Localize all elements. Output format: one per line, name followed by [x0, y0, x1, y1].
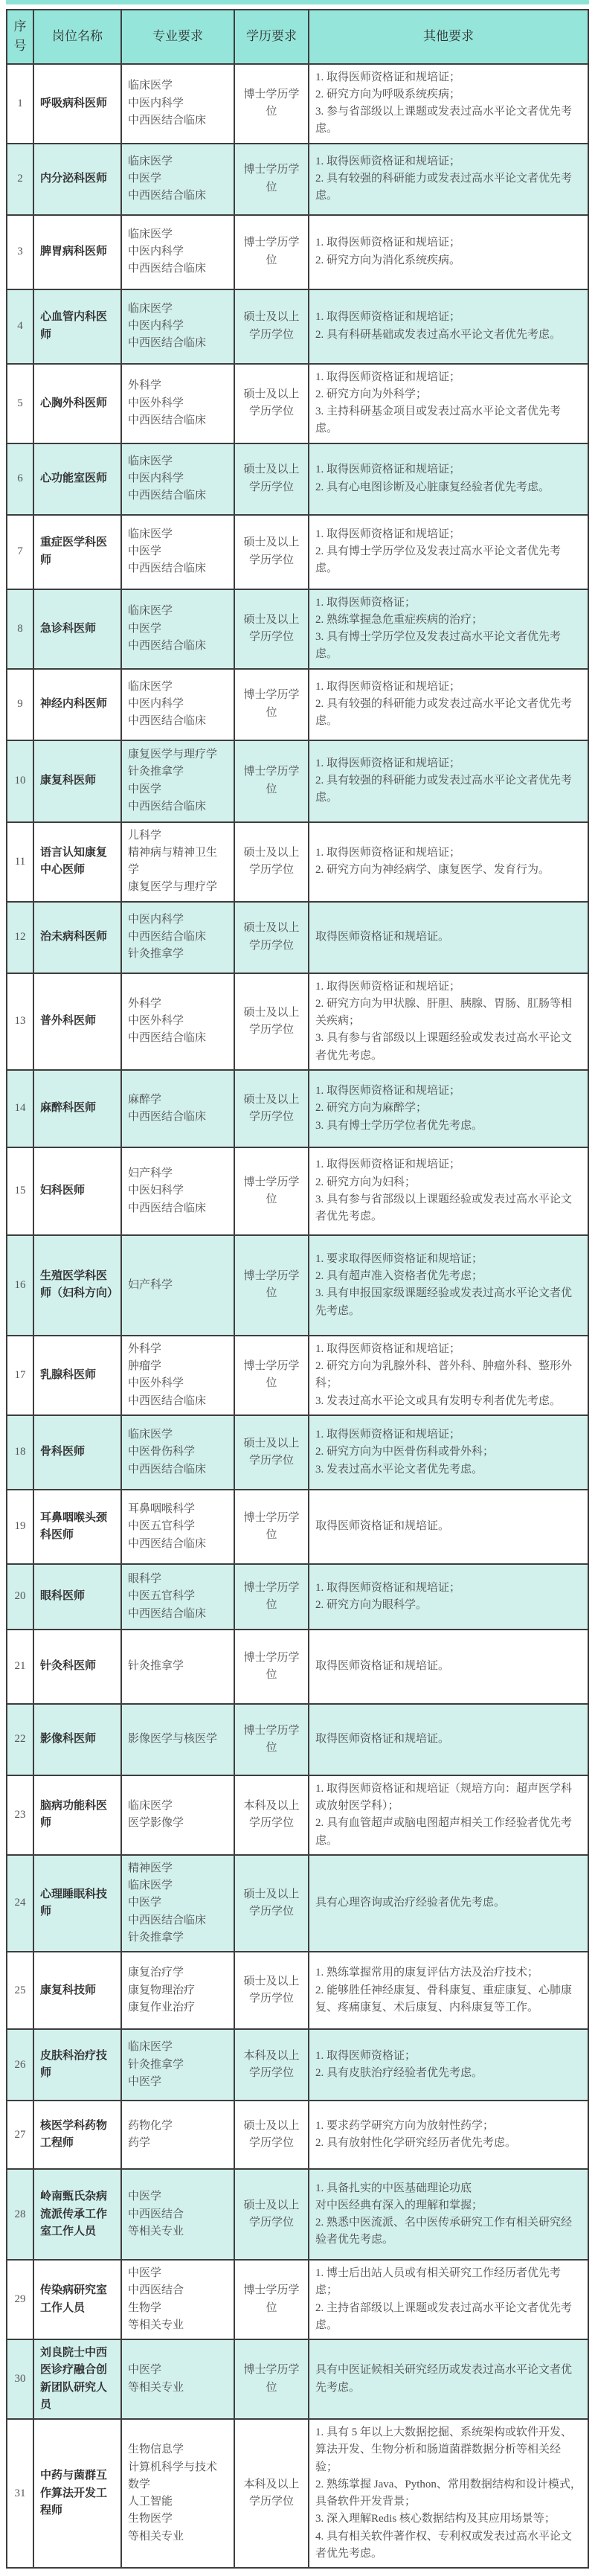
major-line: 中西医结合临床 [128, 112, 228, 129]
other-requirements: 1. 取得医师资格证；2. 熟练掌握急危重症疾病的治疗；3. 具有博士学历学位及… [309, 589, 588, 669]
major-line: 康复医学与理疗学 [128, 879, 228, 896]
requirement-line: 4. 具有相关软件著作权、专利权或发表过高水平论文者优先考虑。 [315, 2528, 582, 2563]
requirement-line: 1. 取得医师资格证和规培证； [315, 755, 582, 772]
other-requirements: 1. 取得医师资格证和规培证；2. 具有较强的科研能力或发表过高水平论文者优先考… [309, 740, 588, 822]
other-requirements: 1. 取得医师资格证和规培证；2. 具有较强的科研能力或发表过高水平论文者优先考… [309, 144, 588, 215]
other-requirements: 1. 具备扎实的中医基础理论功底对中医经典有深入的理解和掌握；2. 熟悉中医流派… [309, 2169, 588, 2260]
requirement-line: 1. 博士后出站人员或有相关研究工作经历者优先考虑； [315, 2265, 582, 2300]
position-name: 针灸科医师 [33, 1630, 121, 1704]
major-line: 中医骨伤科学 [128, 1444, 228, 1461]
major-requirements: 中医内科学中西医结合临床针灸推拿学 [121, 902, 234, 973]
row-number: 7 [7, 515, 33, 589]
major-line: 康复治疗学 [128, 1964, 228, 1981]
major-line: 中西医结合临床 [128, 188, 228, 205]
requirement-line: 1. 具有 5 年以上大数据挖掘、系统架构或软件开发、算法开发、生物分析和肠道菌… [315, 2424, 582, 2476]
position-name: 刘良院士中西医诊疗融合创新团队研究人员 [33, 2339, 121, 2419]
table-row: 8急诊科医师临床医学中医学中西医结合临床硕士及以上学历学位1. 取得医师资格证；… [7, 589, 588, 669]
major-line: 中西医结合 [128, 2206, 228, 2223]
requirement-line: 1. 取得医师资格证和规培证； [315, 1083, 582, 1100]
major-line: 生物学 [128, 2300, 228, 2317]
requirement-line: 2. 具有血管超声或脑电图超声相关工作经验者优先考虑。 [315, 1815, 582, 1850]
major-line: 临床医学 [128, 301, 228, 318]
requirement-line: 1. 具备扎实的中医基础理论功底 [315, 2180, 582, 2197]
row-number: 10 [7, 740, 33, 822]
requirement-line: 1. 要求药学研究方向为放射性药学； [315, 2118, 582, 2135]
requirement-line: 2. 研究方向为呼吸系统疾病； [315, 86, 582, 103]
major-line: 等相关专业 [128, 2528, 228, 2545]
major-line: 中医学 [128, 781, 228, 798]
major-line: 中医内科学 [128, 243, 228, 260]
row-number: 25 [7, 1952, 33, 2029]
table-row: 7重症医学科医师临床医学中医学中西医结合临床硕士及以上学历学位1. 取得医师资格… [7, 515, 588, 589]
requirement-line: 对中医经典有深入的理解和掌握； [315, 2197, 582, 2214]
row-number: 24 [7, 1855, 33, 1952]
requirement-line: 1. 取得医师资格证； [315, 595, 582, 612]
other-requirements: 具有心理咨询或治疗经验者优先考虑。 [309, 1855, 588, 1952]
major-line: 针灸推拿学 [128, 946, 228, 963]
major-requirements: 针灸推拿学 [121, 1630, 234, 1704]
requirement-line: 2. 研究方向为乳腺外科、普外科、肿瘤外科、整形外科； [315, 1358, 582, 1393]
requirement-line: 3. 具有参与省部级以上课题经验或发表过高水平论文者优先考虑。 [315, 1191, 582, 1226]
requirement-line: 2. 具有超声准入资格者优先考虑； [315, 1268, 582, 1285]
major-line: 临床医学 [128, 1798, 228, 1815]
major-line: 中医五官科学 [128, 1518, 228, 1535]
degree-requirement: 硕士及以上学历学位 [234, 515, 309, 589]
major-line: 人工智能 [128, 2493, 228, 2511]
row-number: 17 [7, 1336, 33, 1415]
table-row: 21针灸科医师针灸推拿学博士学历学位取得医师资格证和规培证。 [7, 1630, 588, 1704]
other-requirements: 取得医师资格证和规培证。 [309, 902, 588, 973]
table-row: 17乳腺科医师外科学肿瘤学中医外科学中西医结合临床博士学历学位1. 取得医师资格… [7, 1336, 588, 1415]
major-requirements: 精神医学临床医学中医学中西医结合临床针灸推拿学 [121, 1855, 234, 1952]
major-line: 中医外科学 [128, 1013, 228, 1030]
other-requirements: 1. 取得医师资格证和规培证；2. 具有心电图诊断及心脏康复经验者优先考虑。 [309, 443, 588, 515]
requirement-line: 1. 取得医师资格证； [315, 2048, 582, 2065]
requirement-line: 2. 具有心电图诊断及心脏康复经验者优先考虑。 [315, 479, 582, 496]
requirement-line: 3. 参与省部级以上课题或发表过高水平论文者优先考虑。 [315, 103, 582, 138]
major-line: 中医内科学 [128, 911, 228, 929]
other-requirements: 1. 取得医师资格证和规培证（规培方向：超声医学科或放射医学科）；2. 具有血管… [309, 1775, 588, 1855]
requirement-line: 2. 具有皮肤治疗经验者优先考虑。 [315, 2065, 582, 2082]
major-line: 中西医结合临床 [128, 335, 228, 352]
row-number: 12 [7, 902, 33, 973]
table-row: 25康复科技师康复治疗学康复物理治疗康复作业治疗硕士及以上学历学位1. 熟练掌握… [7, 1952, 588, 2029]
table-row: 6心功能室医师临床医学中医内科学中西医结合临床硕士及以上学历学位1. 取得医师资… [7, 443, 588, 515]
table-row: 4心血管内科医师临床医学中医内科学中西医结合临床硕士及以上学历学位1. 取得医师… [7, 289, 588, 364]
other-requirements: 1. 取得医师资格证；2. 具有皮肤治疗经验者优先考虑。 [309, 2029, 588, 2101]
table-row: 5心胸外科医师外科学中医外科学中西医结合临床硕士及以上学历学位1. 取得医师资格… [7, 364, 588, 443]
requirement-line: 2. 研究方向为妇科； [315, 1174, 582, 1191]
major-requirements: 中医学等相关专业 [121, 2339, 234, 2419]
position-name: 康复科医师 [33, 740, 121, 822]
row-number: 16 [7, 1235, 33, 1336]
major-line: 中西医结合临床 [128, 412, 228, 429]
requirement-line: 1. 取得医师资格证和规培证； [315, 845, 582, 862]
table-row: 9神经内科医师临床医学中医内科学中西医结合临床博士学历学位1. 取得医师资格证和… [7, 669, 588, 740]
table-row: 2内分泌科医师临床医学中医学中西医结合临床博士学历学位1. 取得医师资格证和规培… [7, 144, 588, 215]
major-line: 药物化学 [128, 2118, 228, 2135]
position-name: 心功能室医师 [33, 443, 121, 515]
degree-requirement: 本科及以上学历学位 [234, 2419, 309, 2568]
requirement-line: 3. 具有博士学历学位及发表过高水平论文者优先考虑。 [315, 629, 582, 664]
requirement-line: 1. 取得医师资格证和规培证； [315, 69, 582, 86]
major-requirements: 麻醉学中西医结合临床 [121, 1070, 234, 1147]
position-name: 语言认知康复中心医师 [33, 822, 121, 902]
major-line: 儿科学 [128, 827, 228, 845]
requirement-line: 1. 取得医师资格证和规培证； [315, 153, 582, 170]
major-line: 康复物理治疗 [128, 1982, 228, 1999]
row-number: 14 [7, 1070, 33, 1147]
degree-requirement: 硕士及以上学历学位 [234, 1855, 309, 1952]
page: 序号 岗位名称 专业要求 学历要求 其他要求 1呼吸病科医师临床医学中医内科学中… [0, 0, 595, 2576]
requirement-line: 3. 主持科研基金项目或发表过高水平论文者优先考虑。 [315, 403, 582, 438]
major-requirements: 临床医学中医内科学中西医结合临床 [121, 64, 234, 144]
requirement-line: 2. 研究方向为外科学； [315, 386, 582, 403]
major-requirements: 临床医学针灸推拿学中医学 [121, 2029, 234, 2101]
degree-requirement: 本科及以上学历学位 [234, 2029, 309, 2101]
row-number: 3 [7, 215, 33, 289]
table-row: 3脾胃病科医师临床医学中医内科学中西医结合临床博士学历学位1. 取得医师资格证和… [7, 215, 588, 289]
row-number: 8 [7, 589, 33, 669]
position-name: 脑病功能科医师 [33, 1775, 121, 1855]
degree-requirement: 硕士及以上学历学位 [234, 902, 309, 973]
position-name: 骨科医师 [33, 1415, 121, 1490]
other-requirements: 1. 取得医师资格证和规培证；2. 研究方向为乳腺外科、普外科、肿瘤外科、整形外… [309, 1336, 588, 1415]
major-line: 临床医学 [128, 453, 228, 470]
major-requirements: 生物信息学计算机科学与技术数学人工智能生物医学等相关专业 [121, 2419, 234, 2568]
table-row: 20眼科医师眼科学中医五官科学中西医结合临床博士学历学位1. 取得医师资格证和规… [7, 1564, 588, 1630]
degree-requirement: 硕士及以上学历学位 [234, 1952, 309, 2029]
position-name: 传染病研究室工作人员 [33, 2260, 121, 2339]
table-row: 13普外科医师外科学中医外科学中西医结合临床硕士及以上学历学位1. 取得医师资格… [7, 973, 588, 1070]
major-line: 精神病与精神卫生学 [128, 845, 228, 880]
major-requirements: 外科学中医外科学中西医结合临床 [121, 973, 234, 1070]
requirement-line: 2. 研究方向为麻醉学； [315, 1100, 582, 1117]
degree-requirement: 博士学历学位 [234, 2339, 309, 2419]
requirement-line: 2. 熟练掌握 Java、Python、常用数据结构和设计模式，具备软件开发背景… [315, 2476, 582, 2511]
major-line: 中西医结合临床 [128, 1912, 228, 1929]
major-requirements: 妇产科学中医妇科学中西医结合临床 [121, 1147, 234, 1235]
requirement-line: 3. 发表过高水平论文或具有发明专利者优先考虑。 [315, 1393, 582, 1410]
table-row: 19耳鼻咽喉头颈科医师耳鼻咽喉科学中医五官科学中西医结合临床博士学历学位取得医师… [7, 1490, 588, 1564]
major-line: 康复医学与理疗学 [128, 746, 228, 763]
major-line: 中医妇科学 [128, 1182, 228, 1199]
major-line: 等相关专业 [128, 2317, 228, 2334]
requirement-line: 3. 具有博士学历学位者优先考虑。 [315, 1118, 582, 1135]
other-requirements: 1. 取得医师资格证和规培证；2. 研究方向为眼科学。 [309, 1564, 588, 1630]
table-row: 14麻醉科医师麻醉学中西医结合临床硕士及以上学历学位1. 取得医师资格证和规培证… [7, 1070, 588, 1147]
table-row: 15妇科医师妇产科学中医妇科学中西医结合临床博士学历学位1. 取得医师资格证和规… [7, 1147, 588, 1235]
major-requirements: 临床医学中医学中西医结合临床 [121, 144, 234, 215]
degree-requirement: 博士学历学位 [234, 1336, 309, 1415]
major-requirements: 耳鼻咽喉科学中医五官科学中西医结合临床 [121, 1490, 234, 1564]
major-requirements: 外科学中医外科学中西医结合临床 [121, 364, 234, 443]
degree-requirement: 硕士及以上学历学位 [234, 973, 309, 1070]
table-row: 22影像科医师影像医学与核医学博士学历学位取得医师资格证和规培证。 [7, 1704, 588, 1775]
major-line: 中西医结合临床 [128, 487, 228, 504]
requirement-line: 2. 研究方向为中医骨伤科或骨外科； [315, 1444, 582, 1461]
major-line: 临床医学 [128, 226, 228, 243]
major-requirements: 外科学肿瘤学中医外科学中西医结合临床 [121, 1336, 234, 1415]
other-requirements: 1. 取得医师资格证和规培证；2. 研究方向为甲状腺、肝胆、胰腺、胃肠、肛肠等相… [309, 973, 588, 1070]
requirement-line: 1. 取得医师资格证和规培证； [315, 1341, 582, 1358]
major-line: 外科学 [128, 377, 228, 394]
requirement-line: 2. 研究方向为消化系统疾病。 [315, 252, 582, 269]
major-line: 中西医结合 [128, 2282, 228, 2299]
major-line: 临床医学 [128, 153, 228, 170]
major-line: 针灸推拿学 [128, 763, 228, 781]
degree-requirement: 硕士及以上学历学位 [234, 2101, 309, 2169]
requirement-line: 1. 取得医师资格证和规培证； [315, 1580, 582, 1597]
other-requirements: 1. 取得医师资格证和规培证；2. 具有博士学历学位及发表过高水平论文者优先考虑… [309, 515, 588, 589]
major-requirements: 中医学中西医结合生物学等相关专业 [121, 2260, 234, 2339]
major-line: 中西医结合临床 [128, 798, 228, 816]
major-requirements: 临床医学中医内科学中西医结合临床 [121, 443, 234, 515]
position-name: 普外科医师 [33, 973, 121, 1070]
position-name: 心理睡眠科技师 [33, 1855, 121, 1952]
table-row: 12治未病科医师中医内科学中西医结合临床针灸推拿学硕士及以上学历学位取得医师资格… [7, 902, 588, 973]
other-requirements: 1. 取得医师资格证和规培证；2. 研究方向为呼吸系统疾病；3. 参与省部级以上… [309, 64, 588, 144]
major-line: 医学影像学 [128, 1815, 228, 1832]
other-requirements: 取得医师资格证和规培证。 [309, 1490, 588, 1564]
major-line: 中医学 [128, 2265, 228, 2282]
degree-requirement: 博士学历学位 [234, 1564, 309, 1630]
position-name: 核医学科药物工程师 [33, 2101, 121, 2169]
position-name: 神经内科医师 [33, 669, 121, 740]
row-number: 9 [7, 669, 33, 740]
major-line: 针灸推拿学 [128, 1658, 228, 1675]
other-requirements: 1. 取得医师资格证和规培证；2. 研究方向为外科学；3. 主持科研基金项目或发… [309, 364, 588, 443]
major-requirements: 临床医学中医学中西医结合临床 [121, 515, 234, 589]
major-line: 数学 [128, 2476, 228, 2493]
major-line: 妇产科学 [128, 1165, 228, 1182]
major-line: 中医五官科学 [128, 1588, 228, 1605]
major-requirements: 眼科学中医五官科学中西医结合临床 [121, 1564, 234, 1630]
other-requirements: 取得医师资格证和规培证。 [309, 1704, 588, 1775]
major-line: 耳鼻咽喉科学 [128, 1501, 228, 1518]
requirement-line: 1. 取得医师资格证和规培证； [315, 369, 582, 386]
requirement-line: 取得医师资格证和规培证。 [315, 1731, 582, 1748]
major-line: 中医内科学 [128, 95, 228, 112]
major-line: 中西医结合临床 [128, 1536, 228, 1553]
header-col-majors: 专业要求 [121, 10, 234, 64]
position-name: 妇科医师 [33, 1147, 121, 1235]
degree-requirement: 博士学历学位 [234, 1704, 309, 1775]
major-line: 临床医学 [128, 603, 228, 620]
other-requirements: 1. 取得医师资格证和规培证；2. 研究方向为消化系统疾病。 [309, 215, 588, 289]
major-line: 中医学 [128, 170, 228, 188]
requirement-line: 3. 深入理解Redis 核心数据结构及其应用场景等； [315, 2511, 582, 2528]
position-name: 心血管内科医师 [33, 289, 121, 364]
major-requirements: 临床医学中医内科学中西医结合临床 [121, 669, 234, 740]
position-name: 心胸外科医师 [33, 364, 121, 443]
major-requirements: 临床医学中医内科学中西医结合临床 [121, 215, 234, 289]
position-name: 呼吸病科医师 [33, 64, 121, 144]
requirement-line: 2. 具有科研基础或发表过高水平论文者优先考虑。 [315, 327, 582, 344]
major-requirements: 影像医学与核医学 [121, 1704, 234, 1775]
row-number: 27 [7, 2101, 33, 2169]
major-line: 眼科学 [128, 1571, 228, 1588]
requirement-line: 1. 取得医师资格证和规培证； [315, 309, 582, 326]
other-requirements: 1. 取得医师资格证和规培证；2. 研究方向为神经病学、康复医学、发育行为。 [309, 822, 588, 902]
major-requirements: 临床医学医学影像学 [121, 1775, 234, 1855]
row-number: 22 [7, 1704, 33, 1775]
requirement-line: 2. 具有较强的科研能力或发表过高水平论文者优先考虑。 [315, 170, 582, 205]
degree-requirement: 硕士及以上学历学位 [234, 589, 309, 669]
major-line: 临床医学 [128, 1426, 228, 1444]
requirement-line: 2. 具有较强的科研能力或发表过高水平论文者优先考虑。 [315, 772, 582, 807]
requirement-line: 取得医师资格证和规培证。 [315, 1518, 582, 1535]
table-row: 24心理睡眠科技师精神医学临床医学中医学中西医结合临床针灸推拿学硕士及以上学历学… [7, 1855, 588, 1952]
major-line: 生物信息学 [128, 2441, 228, 2458]
degree-requirement: 博士学历学位 [234, 2260, 309, 2339]
requirement-line: 1. 取得医师资格证和规培证； [315, 461, 582, 478]
other-requirements: 取得医师资格证和规培证。 [309, 1630, 588, 1704]
degree-requirement: 博士学历学位 [234, 1235, 309, 1336]
major-line: 中医内科学 [128, 470, 228, 487]
requirement-line: 2. 研究方向为神经病学、康复医学、发育行为。 [315, 862, 582, 879]
position-name: 重症医学科医师 [33, 515, 121, 589]
major-line: 中医学 [128, 2362, 228, 2379]
header-col-degree: 学历要求 [234, 10, 309, 64]
table-row: 29传染病研究室工作人员中医学中西医结合生物学等相关专业博士学历学位1. 博士后… [7, 2260, 588, 2339]
major-line: 中医学 [128, 1894, 228, 1912]
requirement-line: 1. 取得医师资格证和规培证； [315, 1156, 582, 1173]
position-name: 乳腺科医师 [33, 1336, 121, 1415]
position-name: 中药与菌群互作算法开发工程师 [33, 2419, 121, 2568]
table-row: 10康复科医师康复医学与理疗学针灸推拿学中医学中西医结合临床博士学历学位1. 取… [7, 740, 588, 822]
requirement-line: 2. 熟练掌握急危重症疾病的治疗； [315, 612, 582, 629]
major-requirements: 康复医学与理疗学针灸推拿学中医学中西医结合临床 [121, 740, 234, 822]
degree-requirement: 本科及以上学历学位 [234, 1775, 309, 1855]
position-name: 麻醉科医师 [33, 1070, 121, 1147]
position-name: 脾胃病科医师 [33, 215, 121, 289]
requirement-line: 1. 取得医师资格证和规培证； [315, 978, 582, 996]
table-row: 28岭南甄氏杂病流派传承工作室工作人员中医学中西医结合等相关专业硕士及以上学历学… [7, 2169, 588, 2260]
row-number: 4 [7, 289, 33, 364]
major-line: 针灸推拿学 [128, 1929, 228, 1947]
degree-requirement: 硕士及以上学历学位 [234, 1070, 309, 1147]
major-line: 计算机科学与技术 [128, 2459, 228, 2476]
position-name: 生殖医学科医师（妇科方向） [33, 1235, 121, 1336]
major-line: 中医内科学 [128, 696, 228, 713]
major-requirements: 中医学中西医结合等相关专业 [121, 2169, 234, 2260]
row-number: 29 [7, 2260, 33, 2339]
requirement-line: 具有中医证候相关研究经历或发表过高水平论文者优先考虑。 [315, 2362, 582, 2397]
table-row: 11语言认知康复中心医师儿科学精神病与精神卫生学康复医学与理疗学硕士及以上学历学… [7, 822, 588, 902]
degree-requirement: 博士学历学位 [234, 1147, 309, 1235]
positions-table: 序号 岗位名称 专业要求 学历要求 其他要求 1呼吸病科医师临床医学中医内科学中… [6, 9, 589, 2569]
degree-requirement: 硕士及以上学历学位 [234, 443, 309, 515]
major-line: 临床医学 [128, 679, 228, 696]
degree-requirement: 硕士及以上学历学位 [234, 1415, 309, 1490]
requirement-line: 3. 具有参与省部级以上课题经验或发表过高水平论文者优先考虑。 [315, 1030, 582, 1065]
position-name: 眼科医师 [33, 1564, 121, 1630]
major-requirements: 药物化学药学 [121, 2101, 234, 2169]
major-line: 中医外科学 [128, 1375, 228, 1392]
major-line: 中医学 [128, 2074, 228, 2091]
major-line: 中医学 [128, 621, 228, 638]
requirement-line: 2. 研究方向为眼科学。 [315, 1597, 582, 1614]
major-line: 生物医学 [128, 2511, 228, 2528]
degree-requirement: 博士学历学位 [234, 1490, 309, 1564]
table-row: 1呼吸病科医师临床医学中医内科学中西医结合临床博士学历学位1. 取得医师资格证和… [7, 64, 588, 144]
requirement-line: 1. 熟练掌握常用的康复评估方法及治疗技术； [315, 1964, 582, 1981]
major-requirements: 儿科学精神病与精神卫生学康复医学与理疗学 [121, 822, 234, 902]
position-name: 影像科医师 [33, 1704, 121, 1775]
other-requirements: 1. 取得医师资格证和规培证；2. 具有较强的科研能力或发表过高水平论文者优先考… [309, 669, 588, 740]
other-requirements: 1. 取得医师资格证和规培证；2. 具有科研基础或发表过高水平论文者优先考虑。 [309, 289, 588, 364]
other-requirements: 1. 博士后出站人员或有相关研究工作经历者优先考虑；2. 主持省部级以上课题或发… [309, 2260, 588, 2339]
major-line: 临床医学 [128, 77, 228, 94]
major-line: 中西医结合临床 [128, 1200, 228, 1217]
degree-requirement: 硕士及以上学历学位 [234, 822, 309, 902]
row-number: 15 [7, 1147, 33, 1235]
requirement-line: 1. 取得医师资格证和规培证； [315, 526, 582, 543]
major-line: 临床医学 [128, 526, 228, 543]
table-row: 18骨科医师临床医学中医骨伤科学中西医结合临床硕士及以上学历学位1. 取得医师资… [7, 1415, 588, 1490]
header-row: 序号 岗位名称 专业要求 学历要求 其他要求 [7, 10, 588, 64]
requirement-line: 取得医师资格证和规培证。 [315, 1658, 582, 1675]
row-number: 28 [7, 2169, 33, 2260]
major-line: 等相关专业 [128, 2223, 228, 2240]
requirement-line: 取得医师资格证和规培证。 [315, 929, 582, 946]
major-line: 中西医结合临床 [128, 929, 228, 946]
major-line: 肿瘤学 [128, 1358, 228, 1375]
row-number: 5 [7, 364, 33, 443]
major-line: 中西医结合临床 [128, 1606, 228, 1623]
row-number: 6 [7, 443, 33, 515]
degree-requirement: 硕士及以上学历学位 [234, 364, 309, 443]
row-number: 1 [7, 64, 33, 144]
major-line: 康复作业治疗 [128, 1999, 228, 2016]
requirement-line: 1. 取得医师资格证和规培证； [315, 234, 582, 251]
requirement-line: 2. 能够胜任神经康复、骨科康复、重症康复、心肺康复、疼痛康复、术后康复、内科康… [315, 1982, 582, 2017]
position-name: 急诊科医师 [33, 589, 121, 669]
position-name: 皮肤科治疗技师 [33, 2029, 121, 2101]
major-line: 麻醉学 [128, 1092, 228, 1109]
other-requirements: 1. 熟练掌握常用的康复评估方法及治疗技术；2. 能够胜任神经康复、骨科康复、重… [309, 1952, 588, 2029]
requirement-line: 2. 具有博士学历学位及发表过高水平论文者优先考虑。 [315, 543, 582, 578]
position-name: 耳鼻咽喉头颈科医师 [33, 1490, 121, 1564]
row-number: 30 [7, 2339, 33, 2419]
row-number: 2 [7, 144, 33, 215]
header-col-others: 其他要求 [309, 10, 588, 64]
row-number: 11 [7, 822, 33, 902]
major-line: 临床医学 [128, 1877, 228, 1894]
other-requirements: 1. 取得医师资格证和规培证；2. 研究方向为麻醉学；3. 具有博士学历学位者优… [309, 1070, 588, 1147]
header-col-no: 序号 [7, 10, 33, 64]
table-row: 27核医学科药物工程师药物化学药学硕士及以上学历学位1. 要求药学研究方向为放射… [7, 2101, 588, 2169]
major-line: 中医外科学 [128, 395, 228, 412]
other-requirements: 1. 要求药学研究方向为放射性药学；2. 具有放射性化学研究经历者优先考虑。 [309, 2101, 588, 2169]
major-line: 中医内科学 [128, 318, 228, 335]
major-line: 针灸推拿学 [128, 2057, 228, 2074]
major-line: 中医学 [128, 543, 228, 560]
requirement-line: 2. 熟悉中医流派、名中医传承研究工作有相关研究经验者优先考虑。 [315, 2214, 582, 2249]
header-col-post: 岗位名称 [33, 10, 121, 64]
major-line: 外科学 [128, 1341, 228, 1358]
table-row: 23脑病功能科医师临床医学医学影像学本科及以上学历学位1. 取得医师资格证和规培… [7, 1775, 588, 1855]
major-line: 中西医结合临床 [128, 260, 228, 278]
row-number: 20 [7, 1564, 33, 1630]
position-name: 治未病科医师 [33, 902, 121, 973]
major-line: 中西医结合临床 [128, 1030, 228, 1047]
major-line: 中西医结合临床 [128, 638, 228, 655]
requirement-line: 2. 具有放射性化学研究经历者优先考虑。 [315, 2135, 582, 2152]
major-line: 等相关专业 [128, 2380, 228, 2397]
row-number: 21 [7, 1630, 33, 1704]
